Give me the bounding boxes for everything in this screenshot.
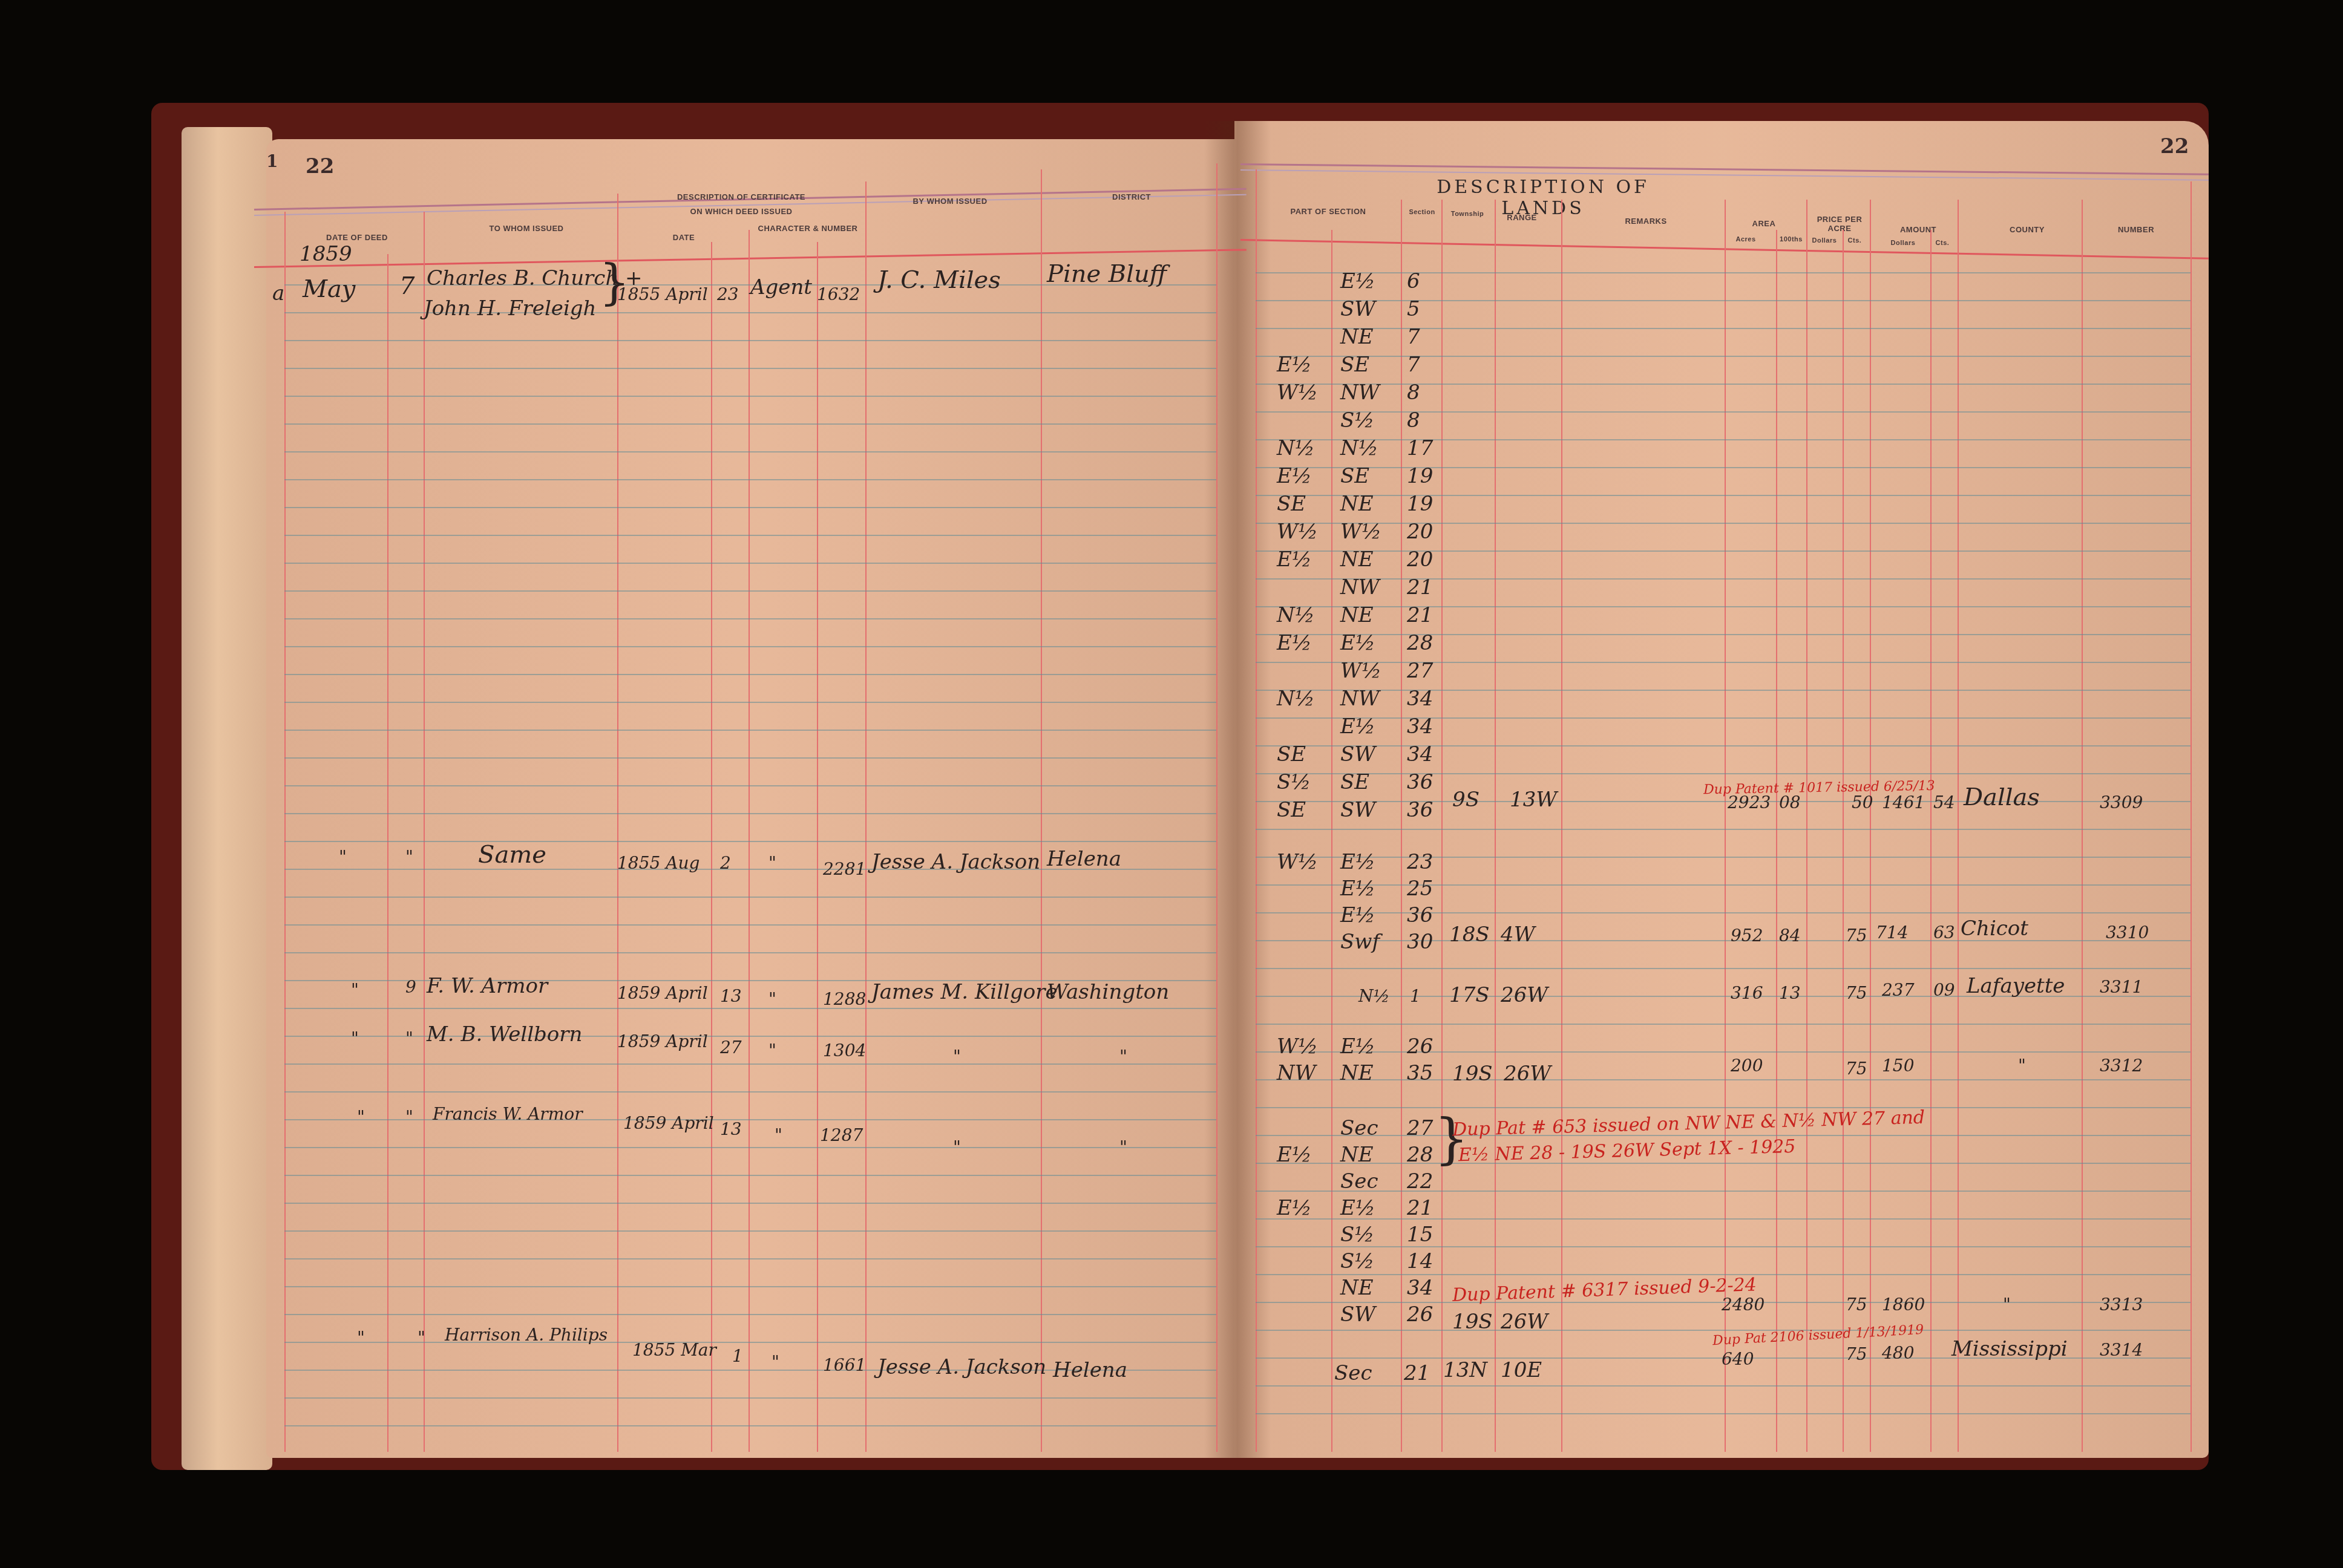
ruled-line — [1256, 578, 2191, 580]
ruled-line — [284, 841, 1216, 842]
ruled-line — [284, 1286, 1216, 1287]
entry6-township: 13N — [1443, 1358, 1487, 1382]
entry6-acres: 640 — [1722, 1349, 1754, 1369]
section-number: 19 — [1407, 464, 1433, 488]
entry2-amount-cts: 63 — [1933, 923, 1955, 942]
section-number: 22 — [1407, 1169, 1433, 1194]
ruled-line — [1256, 439, 2191, 440]
entry5-to-whom: Francis W. Armor — [433, 1104, 583, 1124]
entry4-cert-character: " — [768, 1040, 776, 1060]
entry6-cert-date: 1855 Mar — [632, 1340, 716, 1360]
header-char-number: CHARACTER & NUMBER — [747, 224, 868, 233]
sub-part-of-section: W½ — [1277, 1034, 1318, 1059]
entry3-amount-cts: 09 — [1933, 980, 1955, 1000]
entry4-township: 19S — [1452, 1062, 1493, 1086]
column-line — [1041, 169, 1042, 1452]
ruled-line — [284, 368, 1216, 369]
entry6-month: " — [357, 1328, 365, 1348]
sub-part-of-section: N½ — [1277, 687, 1315, 711]
header-amount-cts: Cts. — [1930, 240, 1955, 247]
entry4-to-whom: M. B. Wellborn — [427, 1022, 582, 1047]
left-page — [266, 139, 1247, 1458]
entry3-hundredths: 13 — [1779, 983, 1801, 1003]
entry6-section: 21 — [1404, 1361, 1430, 1385]
header-certificate-group-2: ON WHICH DEED ISSUED — [620, 207, 862, 216]
entry6-day: " — [418, 1328, 425, 1348]
column-line — [1256, 169, 1257, 1452]
entry5-county: " — [2003, 1295, 2011, 1315]
sub-part-of-section: NW — [1277, 1061, 1316, 1085]
entry5-cert-character: " — [775, 1125, 782, 1145]
entry4-county: " — [2018, 1056, 2026, 1076]
ruled-line — [1256, 467, 2191, 468]
part-of-section: S½ — [1340, 1223, 1374, 1247]
sub-part-of-section: E½ — [1277, 353, 1312, 377]
ruled-line — [1256, 356, 2191, 357]
ruled-line — [1256, 940, 2191, 941]
entry3-price-cts: 75 — [1846, 983, 1867, 1003]
ruled-line — [1256, 801, 2191, 802]
header-price-cts: Cts. — [1843, 237, 1867, 244]
ruled-line — [1256, 384, 2191, 385]
header-by-whom-issued: BY WHOM ISSUED — [865, 197, 1035, 206]
ruled-line — [284, 785, 1216, 786]
part-of-section: E½ — [1340, 714, 1375, 739]
header-remarks: REMARKS — [1573, 217, 1719, 226]
ruled-line — [1256, 773, 2191, 774]
entry3-district: Washington — [1047, 980, 1169, 1004]
header-section: Section — [1404, 209, 1440, 216]
ruled-line — [284, 674, 1216, 675]
ruled-line — [284, 451, 1216, 452]
ruled-line — [1256, 1163, 2191, 1164]
entry2-month: " — [339, 847, 347, 867]
entry2-cert-character: " — [768, 853, 776, 873]
entry6-to-whom: Harrison A. Philips — [445, 1325, 608, 1345]
entry2-cert-day: 2 — [720, 853, 731, 873]
part-of-section: E½ — [1340, 1196, 1375, 1220]
ruled-line — [1256, 884, 2191, 886]
sub-part-of-section: N½ — [1277, 436, 1315, 460]
section-number: 36 — [1407, 903, 1433, 927]
header-part-of-section: PART OF SECTION — [1250, 207, 1407, 216]
entry5-acres: 2480 — [1722, 1295, 1765, 1315]
ruled-line — [284, 1314, 1216, 1315]
section-number: 34 — [1407, 1276, 1433, 1300]
part-of-section: E½ — [1340, 269, 1375, 293]
header-certificate-group: DESCRIPTION OF CERTIFICATE — [620, 192, 862, 201]
ruled-line — [284, 1091, 1216, 1093]
ruled-line — [1256, 523, 2191, 524]
sub-part-of-section: SE — [1277, 798, 1306, 822]
section-number: 28 — [1407, 631, 1433, 655]
ruled-line — [1256, 411, 2191, 413]
header-hundredths: 100ths — [1776, 236, 1806, 243]
section-number: 36 — [1407, 770, 1433, 794]
entry3-day: 9 — [405, 977, 416, 997]
entry3-cert-date: 1859 April — [617, 983, 708, 1003]
column-line — [1495, 200, 1496, 1452]
ruled-line — [1256, 690, 2191, 691]
ruled-line — [1256, 300, 2191, 301]
section-number: 26 — [1407, 1302, 1433, 1327]
part-of-section: E½ — [1340, 903, 1375, 927]
column-line — [2191, 181, 2192, 1452]
ruled-line — [284, 646, 1216, 647]
entry2-range: 4W — [1501, 923, 1535, 947]
entry1-hundredths: 08 — [1779, 792, 1801, 812]
column-line — [424, 212, 425, 1452]
part-of-section: Sec — [1340, 1116, 1378, 1140]
section-number: 8 — [1407, 408, 1420, 433]
sub-part-of-section: E½ — [1277, 631, 1312, 655]
entry3-number: 3311 — [2100, 977, 2143, 997]
entry1-by-whom: J. C. Miles — [877, 266, 1001, 294]
entry4-month: " — [351, 1028, 359, 1048]
entry3-cert-number: 1288 — [823, 989, 866, 1009]
entry4-range: 26W — [1504, 1062, 1551, 1086]
entry1-price-cts: 50 — [1852, 792, 1873, 812]
header-to-whom-issued: TO WHOM ISSUED — [436, 224, 617, 233]
ruled-line — [1256, 1135, 2191, 1136]
column-line — [1441, 200, 1443, 1452]
section-number: 25 — [1407, 877, 1433, 901]
ruled-line — [284, 813, 1216, 814]
section-number: 14 — [1407, 1249, 1433, 1273]
ruled-line — [284, 507, 1216, 508]
margin-note: a — [272, 281, 284, 305]
ruled-line — [284, 1119, 1216, 1120]
section-number: 30 — [1407, 930, 1433, 954]
entry5-number: 3313 — [2100, 1295, 2143, 1315]
sub-part-of-section: W½ — [1277, 381, 1318, 405]
part-of-section: NE — [1340, 547, 1374, 572]
entry5-cert-number: 1287 — [820, 1125, 863, 1145]
entry3-by-whom: James M. Killgore — [871, 980, 1058, 1004]
ruled-line — [1256, 1191, 2191, 1192]
entry1-month: May — [303, 275, 355, 303]
entry5-day: " — [405, 1107, 413, 1127]
entry3-cert-day: 13 — [720, 986, 742, 1006]
sub-part-of-section: E½ — [1277, 464, 1312, 488]
ruled-line — [1256, 1330, 2191, 1331]
entry6-county: Mississippi — [1951, 1337, 2068, 1361]
entry4-by-whom: " — [953, 1047, 961, 1067]
ruled-line — [284, 1203, 1216, 1204]
section-number: 7 — [1407, 325, 1420, 349]
part-of-section: S½ — [1340, 408, 1374, 433]
entry1-range: 13W — [1510, 788, 1557, 812]
entry1-day: 7 — [399, 272, 415, 300]
part-of-section: NE — [1340, 325, 1374, 349]
entry5-cert-day: 13 — [720, 1119, 742, 1139]
ruled-line — [284, 1230, 1216, 1232]
header-township: Township — [1443, 211, 1492, 218]
part-of-section: NW — [1340, 575, 1380, 599]
sub-part-of-section: SE — [1277, 492, 1306, 516]
column-line — [1725, 200, 1726, 1452]
section-number: 8 — [1407, 381, 1420, 405]
entry5-price-cts: 75 — [1846, 1295, 1867, 1315]
part-of-section: E½ — [1340, 850, 1375, 874]
ruled-line — [1256, 1246, 2191, 1247]
ruled-line — [1256, 745, 2191, 746]
section-number: 34 — [1407, 714, 1433, 739]
section-number: 21 — [1407, 575, 1433, 599]
part-of-section: Sec — [1340, 1169, 1378, 1194]
entry2-by-whom: Jesse A. Jackson — [871, 850, 1040, 874]
ruled-line — [284, 952, 1216, 953]
ruled-line — [284, 396, 1216, 397]
entry3-to-whom: F. W. Armor — [427, 974, 548, 998]
sub-part-of-section: W½ — [1277, 520, 1318, 544]
entry5-amount: 1860 — [1882, 1295, 1925, 1315]
entry1-to-whom-2: John H. Freleigh — [424, 296, 596, 321]
entry4-number: 3312 — [2100, 1056, 2143, 1076]
entry5-township: 19S — [1452, 1310, 1493, 1334]
ruled-line — [1256, 495, 2191, 496]
ruled-line — [1256, 662, 2191, 663]
book-spine — [1204, 121, 1271, 1458]
entry2-district: Helena — [1047, 847, 1121, 871]
entry6-price-cts: 75 — [1846, 1344, 1867, 1364]
column-line — [1843, 230, 1844, 1452]
entry3-amount: 237 — [1882, 980, 1914, 1000]
sub-part-of-section: N½ — [1277, 603, 1315, 627]
header-county: COUNTY — [1973, 225, 2082, 234]
entry1-township: 9S — [1452, 788, 1480, 812]
part-of-section: SE — [1340, 770, 1369, 794]
column-line — [284, 212, 286, 1452]
entry3-month: " — [351, 980, 359, 1000]
ruled-line — [1256, 1079, 2191, 1080]
left-page-number: 22 — [306, 154, 334, 178]
entry1-acres: 2923 — [1728, 792, 1771, 812]
entry2-county: Chicot — [1961, 916, 2028, 941]
section-number: 7 — [1407, 353, 1420, 377]
entry3-part: N½ — [1358, 986, 1390, 1006]
ruled-line — [1256, 829, 2191, 830]
entry1-cert-day: 23 — [717, 284, 739, 304]
header-date-of-deed: DATE OF DEED — [300, 233, 415, 242]
ruled-line — [284, 924, 1216, 926]
entry4-cert-day: 27 — [720, 1037, 742, 1057]
year-label: 1859 — [300, 242, 352, 266]
ruled-line — [284, 590, 1216, 592]
part-of-section: N½ — [1340, 436, 1378, 460]
section-number: 21 — [1407, 603, 1433, 627]
section-number: 15 — [1407, 1223, 1433, 1247]
ruled-line — [1256, 1218, 2191, 1220]
part-of-section: W½ — [1340, 520, 1381, 544]
entry4-district: " — [1119, 1047, 1127, 1067]
ruled-line — [1256, 272, 2191, 273]
section-number: 28 — [1407, 1143, 1433, 1167]
entry2-price-cts: 75 — [1846, 926, 1867, 946]
ruled-line — [1256, 1024, 2191, 1025]
header-price-dollars: Dollars — [1806, 237, 1843, 244]
entry4-day: " — [405, 1028, 413, 1048]
entry2-hundredths: 84 — [1779, 926, 1801, 946]
entry6-cert-character: " — [772, 1352, 779, 1372]
sub-part-of-section: E½ — [1277, 1143, 1312, 1167]
ruled-line — [284, 1175, 1216, 1176]
entry3-cert-character: " — [768, 989, 776, 1009]
part-of-section: E½ — [1340, 1034, 1375, 1059]
header-cert-date: DATE — [623, 233, 744, 242]
entry2-number: 3310 — [2106, 923, 2149, 942]
ruled-line — [1256, 1385, 2191, 1387]
part-of-section: NW — [1340, 687, 1380, 711]
column-line — [1930, 230, 1932, 1452]
part-of-section: Swf — [1340, 930, 1380, 954]
tab-marker: 1 — [266, 151, 278, 171]
column-line — [617, 194, 618, 1452]
ruled-line — [1256, 717, 2191, 719]
entry3-township: 17S — [1449, 983, 1490, 1007]
entry1-cert-date: 1855 April — [617, 284, 708, 304]
ruled-line — [1256, 968, 2191, 969]
ruled-line — [1256, 1107, 2191, 1108]
part-of-section: E½ — [1340, 631, 1375, 655]
entry6-district: Helena — [1053, 1358, 1127, 1382]
entry2-amount: 714 — [1876, 923, 1908, 942]
header-area: AREA — [1725, 219, 1803, 228]
entry4-price-cts: 75 — [1846, 1059, 1867, 1079]
ruled-line — [1256, 1051, 2191, 1053]
entry6-by-whom: Jesse A. Jackson — [877, 1355, 1046, 1379]
ruled-line — [284, 423, 1216, 425]
header-amount-dollars: Dollars — [1876, 240, 1930, 247]
section-number: 21 — [1407, 1196, 1433, 1220]
entry1-cert-character: Agent — [750, 275, 812, 299]
sub-part-of-section: E½ — [1277, 1196, 1312, 1220]
sub-part-of-section: W½ — [1277, 850, 1318, 874]
entry6-amount: 480 — [1882, 1343, 1914, 1363]
entry6-number: 3314 — [2100, 1340, 2143, 1360]
section-number: 34 — [1407, 687, 1433, 711]
ruled-line — [284, 618, 1216, 619]
entry2-acres: 952 — [1731, 926, 1763, 946]
column-line — [1870, 200, 1871, 1452]
column-line — [865, 181, 867, 1452]
entry5-range: 26W — [1501, 1310, 1548, 1334]
entry3-acres: 316 — [1731, 983, 1763, 1003]
entry4-acres: 200 — [1731, 1056, 1763, 1076]
entry4-amount: 150 — [1882, 1056, 1914, 1076]
sub-part-of-section: S½ — [1277, 770, 1311, 794]
ruled-line — [284, 563, 1216, 564]
column-line — [1561, 200, 1562, 1452]
section-number: 35 — [1407, 1061, 1433, 1085]
column-line — [2082, 200, 2083, 1452]
ruled-line — [284, 479, 1216, 480]
part-of-section: SW — [1340, 798, 1375, 822]
part-of-section: W½ — [1340, 659, 1381, 683]
part-of-section: SE — [1340, 353, 1369, 377]
ruled-line — [1256, 328, 2191, 329]
column-line — [1216, 163, 1217, 1452]
part-of-section: SW — [1340, 1302, 1375, 1327]
ruled-line — [284, 535, 1216, 536]
section-number: 6 — [1407, 269, 1420, 293]
ruled-line — [1256, 857, 2191, 858]
entry2-to-whom: Same — [478, 841, 546, 869]
part-of-section: NE — [1340, 492, 1374, 516]
entry3-county: Lafayette — [1967, 974, 2065, 998]
entry6-cert-number: 1661 — [823, 1355, 866, 1375]
entry2-day: " — [405, 847, 413, 867]
ruled-line — [284, 1258, 1216, 1259]
entry5-by-whom: " — [953, 1137, 961, 1157]
part-of-section: SW — [1340, 297, 1375, 321]
ruled-line — [1256, 912, 2191, 913]
section-number: 27 — [1407, 659, 1433, 683]
header-acres: Acres — [1728, 236, 1764, 243]
entry2-township: 18S — [1449, 923, 1490, 947]
section-number: 36 — [1407, 798, 1433, 822]
ruled-line — [284, 702, 1216, 703]
entry1-cert-number: 1632 — [817, 284, 860, 304]
ruled-line — [284, 1008, 1216, 1009]
page-edges — [182, 127, 272, 1470]
part-of-section: NE — [1340, 1143, 1374, 1167]
ruled-line — [284, 1036, 1216, 1037]
entry2-cert-number: 2281 — [823, 859, 866, 879]
entry5-district: " — [1119, 1137, 1127, 1157]
header-price-per-acre: PRICE PER ACRE — [1806, 215, 1873, 233]
part-of-section: SE — [1340, 464, 1369, 488]
section-number: 19 — [1407, 492, 1433, 516]
section-number: 26 — [1407, 1034, 1433, 1059]
part-of-section: NE — [1340, 1061, 1374, 1085]
ruled-line — [1256, 606, 2191, 607]
entry1-number: 3309 — [2100, 792, 2143, 812]
part-of-section: S½ — [1340, 1249, 1374, 1273]
part-of-section: NW — [1340, 381, 1380, 405]
entry1-district: Pine Bluff — [1047, 260, 1167, 288]
ruled-line — [1256, 1413, 2191, 1414]
entry1-amount: 1461 — [1882, 792, 1925, 812]
entry2-cert-date: 1855 Aug — [617, 853, 700, 873]
section-number: 20 — [1407, 520, 1433, 544]
section-number: 17 — [1407, 436, 1433, 460]
part-of-section: E½ — [1340, 877, 1375, 901]
entry4-cert-date: 1859 April — [617, 1031, 708, 1051]
ruled-line — [284, 897, 1216, 898]
entry5-cert-date: 1859 April — [623, 1113, 714, 1133]
ruled-line — [284, 340, 1216, 341]
column-line — [387, 254, 388, 1452]
ruled-line — [284, 1063, 1216, 1065]
entry4-cert-number: 1304 — [823, 1040, 866, 1060]
part-of-section: SW — [1340, 742, 1375, 766]
entry6-range: 10E — [1501, 1358, 1542, 1382]
ruled-line — [284, 1147, 1216, 1148]
column-line — [1401, 200, 1402, 1452]
entry6-part: Sec — [1334, 1361, 1372, 1385]
sub-part-of-section: E½ — [1277, 547, 1312, 572]
entry3-section: 1 — [1410, 986, 1421, 1006]
column-line — [1331, 230, 1332, 1452]
right-page-number: 22 — [2160, 134, 2189, 158]
header-amount: AMOUNT — [1876, 225, 1961, 234]
ruled-line — [1256, 550, 2191, 552]
section-number: 23 — [1407, 850, 1433, 874]
entry1-amount-cts: 54 — [1933, 792, 1955, 812]
header-number: NUMBER — [2094, 225, 2178, 234]
entry6-cert-day: 1 — [732, 1346, 743, 1366]
